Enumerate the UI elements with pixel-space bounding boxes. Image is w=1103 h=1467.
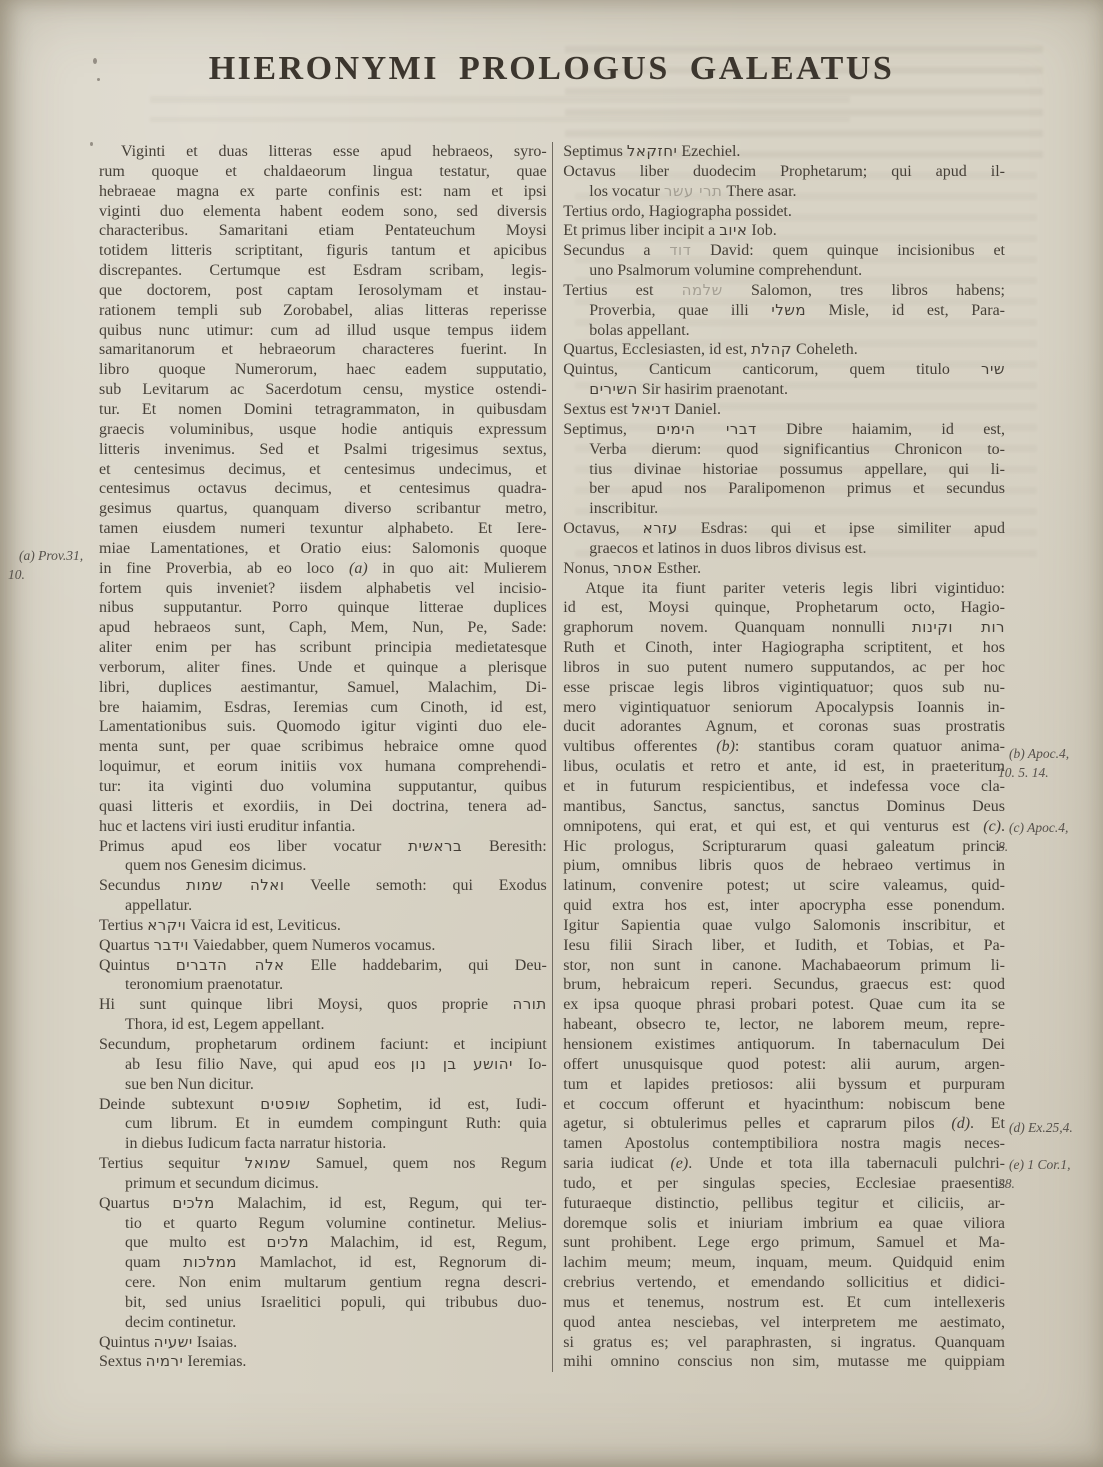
text-line: Iesu filii Sirach liber, et Iudith, et T… <box>563 936 1005 956</box>
text-line: rationem templi sub Zorobabel, alias lit… <box>99 301 547 321</box>
text-line: latinum, convenire potest; ut scire vale… <box>563 876 1005 896</box>
text-line: centesimus octavus decimus, et centesimu… <box>99 479 547 499</box>
book-list-item: Septimus, דברי הימים Dibre haiamim, id e… <box>563 420 1005 519</box>
paragraph: Atque ita fiunt pariter veteris legis li… <box>563 579 1005 1373</box>
hebrew-word: מלכים <box>172 1194 214 1212</box>
text-line: mihi omnino conscius non sim, mutasse me… <box>563 1352 1005 1372</box>
text-line: menta sunt, per quae scribimus hebraice … <box>99 737 547 757</box>
margin-note-d: (d) Ex.25,4. <box>998 1118 1094 1137</box>
text-line: Hi sunt quinque libri Moysi, quos propri… <box>99 995 547 1015</box>
text-line: viginti duo elementa habent eodem sono, … <box>99 202 547 222</box>
text-line: tudo, et per singulas species, Ecclesiae… <box>563 1174 1005 1194</box>
text-line: decim continetur. <box>99 1313 547 1333</box>
text-line: libros in suo putent numero supputandos,… <box>563 658 1005 678</box>
text-line: Secundus ואלה שמות Veelle semoth: qui Ex… <box>99 876 547 896</box>
text-line: quasi litteris et exordiis, in Dei doctr… <box>99 797 547 817</box>
text-line: ber apud nos Paralipomenon primus et sec… <box>563 479 1005 499</box>
text-line: esse priscae legis libros vigintiquatuor… <box>563 678 1005 698</box>
text-line: primum et secundum dicimus. <box>99 1174 547 1194</box>
hebrew-word: ישעיה <box>154 1333 193 1351</box>
text-line: tur. Et nomen Domini tetragrammaton, in … <box>99 400 547 420</box>
text-line: apud hebraeos sunt, Caph, Mem, Nun, Pe, … <box>99 618 547 638</box>
margin-note-line: 8. <box>998 837 1094 856</box>
hebrew-word: יחזקאל <box>627 142 678 160</box>
hebrew-word: ממלכות <box>183 1253 237 1271</box>
book-list-item: Deinde subtexunt שופטים Sophetim, id est… <box>99 1095 547 1155</box>
text-line: que multo est מלכים Malachim, id est, Re… <box>99 1233 547 1253</box>
hebrew-word: ירמיה <box>146 1352 184 1370</box>
margin-note-b: (b) Apoc.4,10. 5. 14. <box>998 744 1094 782</box>
hebrew-word: ויקרא <box>147 916 186 934</box>
book-list-item: Quintus אלה הדברים Elle haddebarim, qui … <box>99 956 547 996</box>
hebrew-word: שופטים <box>260 1095 310 1113</box>
margin-note-e: (e) 1 Cor.1,28. <box>998 1155 1094 1193</box>
text-line: habeant, obsecro te, lector, ne laborem … <box>563 1015 1005 1035</box>
text-line: cere. Non enim multarum gentium regna de… <box>99 1273 547 1293</box>
column-divider-rule <box>552 142 554 1372</box>
text-line: lachim meum; meum, inquam, meum. Quidqui… <box>563 1253 1005 1273</box>
hebrew-word-faint: שלמה <box>682 281 723 299</box>
text-line: Quintus, Canticum canticorum, quem titul… <box>563 360 1005 380</box>
book-list-item: Octavus liber duodecim Prophetarum; qui … <box>563 162 1005 202</box>
hebrew-word: יהושע בן נון <box>411 1055 513 1073</box>
text-line: bit, sed unius Israelitici populi, qui t… <box>99 1293 547 1313</box>
text-line: mus et tenemus, nostrum est. Et cum inte… <box>563 1293 1005 1313</box>
text-line: bre haiamim, Esdras, Ieremias cum Cinoth… <box>99 698 547 718</box>
hebrew-word-faint: דוד <box>669 241 691 259</box>
hebrew-word: מלכים <box>267 1233 309 1251</box>
hebrew-word: אסתר <box>613 559 653 577</box>
text-columns: Viginti et duas litteras esse apud hebra… <box>99 142 1005 1372</box>
footnote-ref: (a) <box>349 560 368 577</box>
footnote-ref: (d) <box>951 1115 970 1132</box>
hebrew-word: דניאל <box>632 400 671 418</box>
text-line: libro quoque Numerorum, haec eadem suppu… <box>99 360 547 380</box>
text-line: samaritanorum et hebraeorum characteres … <box>99 340 547 360</box>
text-line: Septimus, דברי הימים Dibre haiamim, id e… <box>563 420 1005 440</box>
hebrew-word: רות וקינות <box>912 618 1005 636</box>
text-line: Ruth et Cinoth, inter Hagiographa script… <box>563 638 1005 658</box>
book-list-item: Tertius ויקרא Vaicra id est, Leviticus. <box>99 916 547 936</box>
book-list-item: Quartus מלכים Malachim, id est, Regum, q… <box>99 1194 547 1333</box>
left-column: Viginti et duas litteras esse apud hebra… <box>99 142 547 1372</box>
book-list-item: Secundus ואלה שמות Veelle semoth: qui Ex… <box>99 876 547 916</box>
text-line: Tertius ויקרא Vaicra id est, Leviticus. <box>99 916 547 936</box>
text-line: Atque ita fiunt pariter veteris legis li… <box>563 579 1005 599</box>
text-line: Secundum, prophetarum ordinem faciunt: e… <box>99 1035 547 1055</box>
text-line: quam ממלכות Mamlachot, id est, Regnorum … <box>99 1253 547 1273</box>
text-line: hebraeae magna ex parte confinis est: na… <box>99 182 547 202</box>
text-line: tius divinae historiae possumus appellar… <box>563 460 1005 480</box>
text-line: quod antea nesciebas, vel interpretem me… <box>563 1313 1005 1333</box>
book-list-item: Sextus ירמיה Ieremias. <box>99 1352 547 1372</box>
book-list-item: Quintus ישעיה Isaias. <box>99 1333 547 1353</box>
text-line: gesimus quartus, quanquam diverso scriba… <box>99 499 547 519</box>
text-line: mantibus, Sanctus, sanctus, sanctus Domi… <box>563 797 1005 817</box>
text-line: Secundus a דוד David: quem quinque incis… <box>563 241 1005 261</box>
text-line: totidem litteris scriptitant, figuris ta… <box>99 241 547 261</box>
text-line: Tertius est שלמה Salomon, tres libros ha… <box>563 281 1005 301</box>
ink-bleed-through <box>150 96 850 122</box>
text-line: sub Levitarum ac Sacerdotum censu, mysti… <box>99 380 547 400</box>
text-line: omnipotens, qui erat, et qui est, et qui… <box>563 817 1005 837</box>
text-line: tamen Apostolus contemptibiliora nostra … <box>563 1134 1005 1154</box>
text-line: Septimus יחזקאל Ezechiel. <box>563 142 1005 162</box>
book-list-item: Secundus a דוד David: quem quinque incis… <box>563 241 1005 281</box>
text-line: tur: ita viginti duo volumina supputantu… <box>99 777 547 797</box>
text-line: miae Lamentationes, et Oratio eius: Salo… <box>99 539 547 559</box>
text-line: litteris invenimus. Sed et Psalmi triges… <box>99 440 547 460</box>
text-line: crebrius vertendo, et emendando sollicit… <box>563 1273 1005 1293</box>
paragraph: Viginti et duas litteras esse apud hebra… <box>99 142 547 837</box>
hebrew-word: תורה <box>513 995 547 1013</box>
text-line: uno Psalmorum volumine comprehendunt. <box>563 261 1005 281</box>
text-line: brum, hebraicum reperi. Secundus, graecu… <box>563 975 1005 995</box>
text-line: los vocatur תרי עשר There asar. <box>563 182 1005 202</box>
book-list-item: Quartus וידבר Vaiedabber, quem Numeros v… <box>99 936 547 956</box>
text-line: verborum, aliter fines. Unde et quinque … <box>99 658 547 678</box>
text-line: ex ipsa quoque phrasi probari potest. Qu… <box>563 995 1005 1015</box>
text-line: Deinde subtexunt שופטים Sophetim, id est… <box>99 1095 547 1115</box>
book-list-item: Hi sunt quinque libri Moysi, quos propri… <box>99 995 547 1035</box>
text-line: Quartus וידבר Vaiedabber, quem Numeros v… <box>99 936 547 956</box>
margin-note-c: (c) Apoc.4,8. <box>998 818 1094 856</box>
scanned-book-page: HIERONYMI PROLOGUS GALEATUS Viginti et d… <box>0 0 1103 1467</box>
margin-note-line: 10. 5. 14. <box>998 763 1094 782</box>
text-line: appellatur. <box>99 896 547 916</box>
text-line: Quintus ישעיה Isaias. <box>99 1333 547 1353</box>
text-line: et centesimus decimus, et centesimus und… <box>99 460 547 480</box>
text-line: pium, omnibus libris quos de hebraeo ver… <box>563 856 1005 876</box>
text-line: sue ben Nun dicitur. <box>99 1075 547 1095</box>
margin-note-line: (a) Prov.31, <box>8 546 104 565</box>
margin-note-line: (b) Apoc.4, <box>998 744 1094 763</box>
book-list-item: Octavus, עזרא Esdras: qui et ipse simili… <box>563 519 1005 559</box>
text-line: Hic prologus, Scripturarum quasi galeatu… <box>563 837 1005 857</box>
text-line: characteribus. Samaritani etiam Pentateu… <box>99 221 547 241</box>
hebrew-word: שמואל <box>245 1154 291 1172</box>
text-line: in fine Proverbia, ab eo loco (a) in quo… <box>99 559 547 579</box>
text-line: hensionem existimes antiquorum. In taber… <box>563 1035 1005 1055</box>
text-line: cum librum. Et in eumdem compingunt Ruth… <box>99 1114 547 1134</box>
hebrew-word: איוב <box>719 221 747 239</box>
text-line: et in futurum respicientibus, et indefes… <box>563 777 1005 797</box>
footnote-ref: (b) <box>716 738 735 755</box>
text-line: libri, duplices aestimantur, Samuel, Mal… <box>99 678 547 698</box>
hebrew-word: השירים <box>589 380 638 398</box>
text-line: graecos et latinos in duos libros divisu… <box>563 539 1005 559</box>
text-line: השירים Sir hasirim praenotant. <box>563 380 1005 400</box>
text-line: Quintus אלה הדברים Elle haddebarim, qui … <box>99 956 547 976</box>
text-line: Quartus, Ecclesiasten, id est, קהלת Cohe… <box>563 340 1005 360</box>
text-line: Lamentationibus suis. Quomodo igitur vig… <box>99 717 547 737</box>
right-column: Septimus יחזקאל Ezechiel.Octavus liber d… <box>563 142 1005 1372</box>
text-line: loquimur, et eorum initiis vox humana co… <box>99 757 547 777</box>
text-line: discrepantes. Certumque est Esdram scrib… <box>99 261 547 281</box>
text-line: agetur, si obtulerimus pelles et capraru… <box>563 1114 1005 1134</box>
text-line: tamen eiusdem numeri texuntur alphabeto.… <box>99 519 547 539</box>
ink-speck <box>90 142 93 146</box>
page-title: HIERONYMI PROLOGUS GALEATUS <box>0 50 1103 88</box>
book-list-item: Quintus, Canticum canticorum, quem titul… <box>563 360 1005 400</box>
text-line: tio et quarto Regum volumine continetur.… <box>99 1214 547 1234</box>
text-line: doremque solis et iniuriam imbrium ea qu… <box>563 1214 1005 1234</box>
hebrew-word: דברי הימים <box>656 420 757 438</box>
footnote-ref: (e) <box>670 1155 688 1172</box>
text-line: tum et lapides pretiosos: alii byssum et… <box>563 1075 1005 1095</box>
book-list-item: Nonus, אסתר Esther. <box>563 559 1005 579</box>
margin-note-line: (c) Apoc.4, <box>998 818 1094 837</box>
text-line: que doctorem, post captam Ierosolymam et… <box>99 281 547 301</box>
text-line: ducit adorantes Agnum, et coronas suas p… <box>563 717 1005 737</box>
text-line: stor, non sunt in canone. Machabaeorum p… <box>563 956 1005 976</box>
text-line: Igitur Sapientia quae vulgo Salomonis in… <box>563 916 1005 936</box>
hebrew-word: אלה הדברים <box>176 956 285 974</box>
hebrew-word: בראשית <box>408 837 462 855</box>
book-list-item: Septimus יחזקאל Ezechiel. <box>563 142 1005 162</box>
hebrew-word: קהלת <box>751 340 792 358</box>
book-list-item: Tertius est שלמה Salomon, tres libros ha… <box>563 281 1005 341</box>
hebrew-word: שיר <box>981 360 1005 378</box>
text-line: saria iudicat (e). Unde et tota illa tab… <box>563 1154 1005 1174</box>
text-line: graphorum novem. Quanquam nonnulli רות ו… <box>563 618 1005 638</box>
text-line: futuraeque distinctio, pellibus tegitur … <box>563 1194 1005 1214</box>
book-list-item: Tertius sequitur שמואל Samuel, quem nos … <box>99 1154 547 1194</box>
text-line: Sextus est דניאל Daniel. <box>563 400 1005 420</box>
book-list-item: Et primus liber incipit a איוב Iob. <box>563 221 1005 241</box>
text-line: offert unusquisque quod potest: alii aur… <box>563 1055 1005 1075</box>
book-list-item: Primus apud eos liber vocatur בראשית Ber… <box>99 837 547 877</box>
text-line: Nonus, אסתר Esther. <box>563 559 1005 579</box>
text-line: rum quoque et chaldaeorum lingua testatu… <box>99 162 547 182</box>
text-line: Thora, id est, Legem appellant. <box>99 1015 547 1035</box>
text-line: quid extra hos est, inter apocrypha esse… <box>563 896 1005 916</box>
hebrew-word: משלי <box>771 301 806 319</box>
hebrew-word: עזרא <box>643 519 678 537</box>
margin-note-line: 10. <box>8 565 104 584</box>
margin-note-a: (a) Prov.31,10. <box>8 546 104 584</box>
text-line: Sextus ירמיה Ieremias. <box>99 1352 547 1372</box>
text-line: nibus supputantur. Porro quinque littera… <box>99 598 547 618</box>
text-line: et coccum offerunt et hyacinthum: nobisc… <box>563 1095 1005 1115</box>
text-line: in diebus Iudicum facta narratur histori… <box>99 1134 547 1154</box>
text-line: huc et lactens viri iusti eruditur infan… <box>99 817 547 837</box>
book-list-item: Sextus est דניאל Daniel. <box>563 400 1005 420</box>
text-line: libus, oculatis et retro et ante, id est… <box>563 757 1005 777</box>
text-line: Viginti et duas litteras esse apud hebra… <box>99 142 547 162</box>
text-line: vultibus offerentes (b): stantibus coram… <box>563 737 1005 757</box>
hebrew-word-faint: תרי עשר <box>664 182 722 200</box>
book-list-item: Quartus, Ecclesiasten, id est, קהלת Cohe… <box>563 340 1005 360</box>
book-list-item: Tertius ordo, Hagiographa possidet. <box>563 202 1005 222</box>
text-line: ab Iesu filio Nave, qui apud eos יהושע ב… <box>99 1055 547 1075</box>
book-list-item: Secundum, prophetarum ordinem faciunt: e… <box>99 1035 547 1095</box>
text-line: mero vigintiquatuor seniorum Apocalypsis… <box>563 698 1005 718</box>
text-line: Octavus liber duodecim Prophetarum; qui … <box>563 162 1005 182</box>
text-line: teronomium praenotatur. <box>99 975 547 995</box>
text-line: Tertius sequitur שמואל Samuel, quem nos … <box>99 1154 547 1174</box>
text-line: aliter enim per has scribunt principia m… <box>99 638 547 658</box>
text-line: Verba dierum: quod significantius Chroni… <box>563 440 1005 460</box>
text-line: sunt prohibent. Lege ergo primum, Samuel… <box>563 1233 1005 1253</box>
text-line: graecis voluminibus, usque hodie antiqui… <box>99 420 547 440</box>
text-line: id est, Moysi quinque, Prophetarum octo,… <box>563 598 1005 618</box>
hebrew-word: ואלה שמות <box>186 876 284 894</box>
text-line: quem nos Genesim dicimus. <box>99 856 547 876</box>
text-line: Quartus מלכים Malachim, id est, Regum, q… <box>99 1194 547 1214</box>
margin-note-line: (d) Ex.25,4. <box>998 1118 1094 1137</box>
text-line: Proverbia, quae illi משלי Misle, id est,… <box>563 301 1005 321</box>
text-line: Tertius ordo, Hagiographa possidet. <box>563 202 1005 222</box>
text-line: si gratus es; vel paraphrasten, si ingra… <box>563 1333 1005 1353</box>
margin-note-line: 28. <box>998 1174 1094 1193</box>
text-line: Et primus liber incipit a איוב Iob. <box>563 221 1005 241</box>
text-line: quibus nunc utimur: cum ad illud usque t… <box>99 321 547 341</box>
text-line: Octavus, עזרא Esdras: qui et ipse simili… <box>563 519 1005 539</box>
text-line: fortem quis inveniet? iisdem alphabetis … <box>99 579 547 599</box>
margin-note-line: (e) 1 Cor.1, <box>998 1155 1094 1174</box>
text-line: Primus apud eos liber vocatur בראשית Ber… <box>99 837 547 857</box>
hebrew-word: וידבר <box>154 936 189 954</box>
text-line: bolas appellant. <box>563 321 1005 341</box>
text-line: inscribitur. <box>563 499 1005 519</box>
